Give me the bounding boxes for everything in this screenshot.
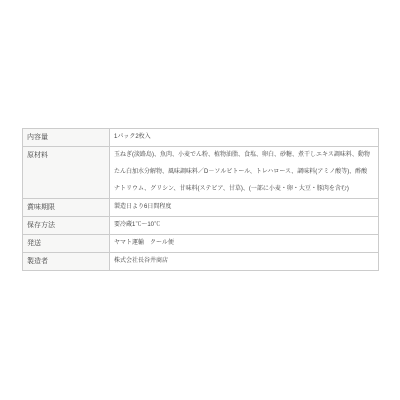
table-row-best-before: 賞味期限 製造日より6日間程度 bbox=[23, 199, 379, 217]
row-label-manufacturer: 製造者 bbox=[23, 253, 110, 271]
row-label-storage: 保存方法 bbox=[23, 217, 110, 235]
row-value-shipping: ヤマト運輸 クール便 bbox=[110, 235, 379, 253]
row-value-best-before: 製造日より6日間程度 bbox=[110, 199, 379, 217]
table-row-shipping: 発送 ヤマト運輸 クール便 bbox=[23, 235, 379, 253]
row-label-contents: 内容量 bbox=[23, 129, 110, 147]
row-value-ingredients: 玉ねぎ(淡路島)、魚肉、小麦でん粉、植物油脂、食塩、卵白、砂糖、煮干しエキス調味… bbox=[110, 147, 379, 199]
row-label-best-before: 賞味期限 bbox=[23, 199, 110, 217]
row-label-ingredients: 原材料 bbox=[23, 147, 110, 199]
row-label-shipping: 発送 bbox=[23, 235, 110, 253]
table-row-storage: 保存方法 要冷蔵1℃～10℃ bbox=[23, 217, 379, 235]
row-value-storage: 要冷蔵1℃～10℃ bbox=[110, 217, 379, 235]
table-row-manufacturer: 製造者 株式会社長谷井商店 bbox=[23, 253, 379, 271]
product-info-page: 内容量 1パック2枚入 原材料 玉ねぎ(淡路島)、魚肉、小麦でん粉、植物油脂、食… bbox=[0, 0, 400, 400]
table-row-ingredients: 原材料 玉ねぎ(淡路島)、魚肉、小麦でん粉、植物油脂、食塩、卵白、砂糖、煮干しエ… bbox=[23, 147, 379, 199]
table-row-contents: 内容量 1パック2枚入 bbox=[23, 129, 379, 147]
row-value-manufacturer: 株式会社長谷井商店 bbox=[110, 253, 379, 271]
product-spec-table: 内容量 1パック2枚入 原材料 玉ねぎ(淡路島)、魚肉、小麦でん粉、植物油脂、食… bbox=[22, 128, 379, 271]
row-value-contents: 1パック2枚入 bbox=[110, 129, 379, 147]
